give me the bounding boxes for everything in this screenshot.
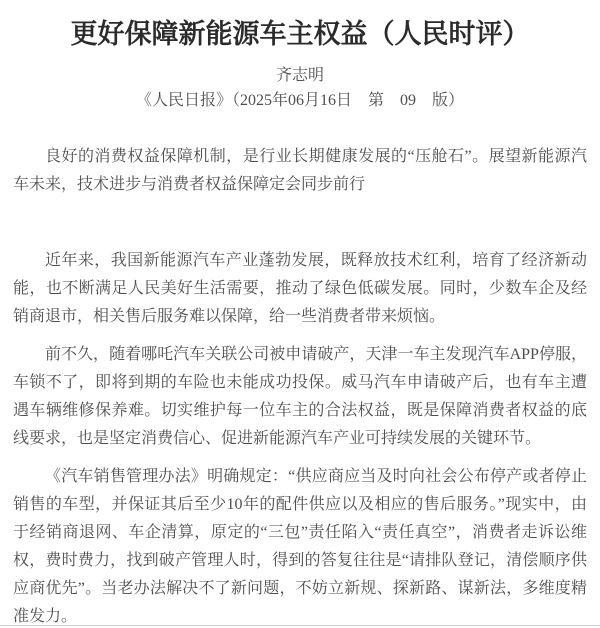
article-paragraph-2: 前不久，随着哪吒汽车关联公司被申请破产，天津一车主发现汽车APP停服，车锁不了，… — [13, 341, 587, 453]
bottom-divider — [0, 625, 600, 626]
article-paragraph-1: 近年来，我国新能源汽车产业蓬勃发展，既释放技术红利，培育了经济新动能，也不断满足… — [13, 247, 587, 331]
article-page: 更好保障新能源车主权益（人民时评） 齐志明 《人民日报》（2025年06月16日… — [0, 0, 600, 628]
article-source-line: 《人民日报》（2025年06月16日 第 09 版） — [13, 89, 587, 113]
article-title: 更好保障新能源车主权益（人民时评） — [19, 16, 581, 52]
article-lead: 良好的消费权益保障机制，是行业长期健康发展的“压舱石”。展望新能源汽车未来，技术… — [13, 143, 587, 199]
article-paragraph-3: 《汽车销售管理办法》明确规定：“供应商应当及时向社会公布停产或者停止销售的车型，… — [13, 463, 587, 628]
article-author: 齐志明 — [13, 64, 587, 88]
